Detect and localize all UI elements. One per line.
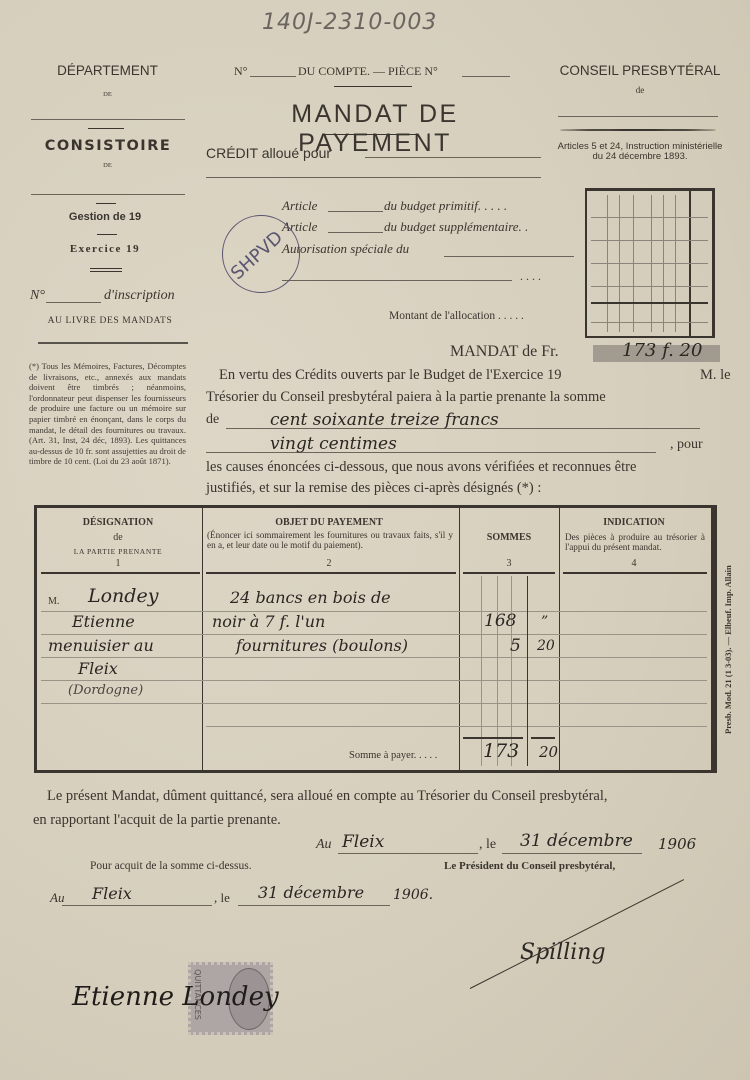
somme-2-cent: 20 <box>537 638 555 654</box>
col1-sub2: LA PARTIE PRENANTE <box>38 547 198 556</box>
payee-dept: (Dordogne) <box>68 683 143 698</box>
place-2: Fleix <box>92 884 132 903</box>
total-francs: 173 <box>483 740 519 762</box>
president-signature: Spilling <box>520 940 606 965</box>
compte-no-label: N° <box>234 64 247 79</box>
date-2: 31 décembre <box>258 883 364 902</box>
archive-reference: 140J-2310-003 <box>262 10 437 35</box>
divider <box>334 86 412 87</box>
somme-2-francs: 5 <box>510 636 521 656</box>
livre-label: AU LIVRE DES MANDATS <box>30 316 190 326</box>
amount-grid <box>585 188 715 338</box>
divider <box>88 128 124 129</box>
footnote: (*) Tous les Mémoires, Factures, Décompt… <box>29 361 186 467</box>
budget-supplementaire-label: du budget supplémentaire. . <box>384 219 528 235</box>
col1-title: DÉSIGNATION <box>38 517 198 528</box>
place-line-2 <box>62 905 212 906</box>
mandat-line-6: justifiés, et sur la remise des pièces c… <box>206 480 541 497</box>
mandat-label: MANDAT de Fr. <box>450 343 559 361</box>
divider <box>90 271 122 272</box>
compte-no-line <box>250 76 296 77</box>
col2-title: OBJET DU PAYEMENT <box>203 517 455 528</box>
departement-label: DÉPARTEMENT <box>30 63 185 78</box>
consistoire-de: DE <box>30 162 185 169</box>
autorisation-dots: . . . . <box>520 269 541 284</box>
mandat-line-1: En vertu des Crédits ouverts par le Budg… <box>219 367 561 384</box>
place-1: Fleix <box>342 832 384 852</box>
somme-1-francs: 168 <box>484 611 516 631</box>
article-line-1 <box>328 211 383 212</box>
mandat-amount: 173 f. 20 <box>622 340 702 361</box>
date-line-2 <box>238 905 390 906</box>
quittance-line-2: en rapportant l'acquit de la partie pren… <box>33 812 281 829</box>
objet-line-1: 24 bancs en bois de <box>230 588 391 607</box>
le-label-1: , le <box>479 837 496 853</box>
amount-words-2: vingt centimes <box>270 434 397 454</box>
date-line-1 <box>502 853 642 854</box>
mandat-line-2: Trésorier du Conseil presbytéral paiera … <box>206 389 606 406</box>
departement-line <box>31 119 185 120</box>
divider <box>96 203 116 204</box>
credit-label: CRÉDIT alloué pour <box>206 145 331 161</box>
divider <box>90 268 122 269</box>
year-1: 1906 <box>658 835 696 853</box>
col3-title: SOMMES <box>460 532 558 543</box>
president-label: Le Président du Conseil presbytéral, <box>444 860 615 872</box>
quittance-line-1: Le présent Mandat, dûment quittancé, ser… <box>47 788 608 805</box>
president-signature-flourish <box>470 879 684 989</box>
le-label-2: , le <box>214 890 230 906</box>
piece-no-line <box>462 76 510 77</box>
table-side-border <box>714 505 717 773</box>
objet-line-3: fournitures (boulons) <box>236 636 408 655</box>
exercice-label: Exercice 19 <box>40 243 170 255</box>
pour-label: , pour <box>670 437 703 453</box>
somme-1-cent: ” <box>541 614 548 630</box>
col2-num: 2 <box>203 558 455 569</box>
payee-name: Londey <box>88 585 158 607</box>
col4-num: 4 <box>562 558 706 569</box>
col3-num: 3 <box>460 558 558 569</box>
year-2: 1906. <box>393 887 433 903</box>
inscription-no-line <box>46 302 101 303</box>
ornament <box>38 342 188 344</box>
objet-line-2: noir à 7 f. l'un <box>212 612 325 631</box>
ornament <box>560 129 716 131</box>
autorisation-line <box>444 256 574 257</box>
conseil-de: de <box>555 85 725 95</box>
col4-title: INDICATION <box>562 517 706 528</box>
du-compte-label: DU COMPTE. — PIÈCE N° <box>298 64 438 79</box>
date-1: 31 décembre <box>520 831 633 851</box>
autorisation-line-2 <box>282 280 512 281</box>
col1-sub1: de <box>38 532 198 543</box>
gestion-label: Gestion de 19 <box>40 211 170 223</box>
payee-firstname: Etienne <box>72 612 135 631</box>
articles-note: Articles 5 et 24, Instruction ministérie… <box>555 142 725 162</box>
credit-line-2 <box>206 177 541 178</box>
amount-words-1: cent soixante treize francs <box>270 410 499 430</box>
col2-sub1: (Énoncer ici sommairement les fourniture… <box>207 530 453 550</box>
departement-de: DE <box>30 91 185 98</box>
conseil-label: CONSEIL PRESBYTÉRAL <box>555 63 725 78</box>
printer-imprint: Presb. Mod. 21 (1 3-03). — Elbeuf. Imp. … <box>723 544 733 734</box>
col1-num: 1 <box>38 558 198 569</box>
payee-occupation: menuisier au <box>48 636 154 655</box>
credit-line-1 <box>365 157 541 158</box>
inscription-no-label: N° <box>30 288 45 304</box>
montant-label: Montant de l'allocation . . . . . <box>389 310 524 322</box>
budget-primitif-label: du budget primitif. . . . . <box>384 198 507 214</box>
total-cent: 20 <box>539 743 558 761</box>
divider <box>322 134 417 135</box>
place-prefix-1: Au <box>316 837 332 853</box>
payee-signature: Etienne Londey <box>72 982 279 1012</box>
payee-prefix: M. <box>48 596 59 607</box>
conseil-line <box>558 116 718 117</box>
col4-sub1: Des pièces à produire au trésorier à l'a… <box>565 532 705 552</box>
consistoire-label: CONSISTOIRE <box>28 138 188 154</box>
de-label: de <box>206 412 219 428</box>
mandat-line-5: les causes énoncées ci-dessous, que nous… <box>206 459 636 476</box>
consistoire-line <box>31 194 185 195</box>
divider <box>97 234 117 235</box>
article-line-2 <box>328 232 383 233</box>
place-line-1 <box>338 853 478 854</box>
inscription-label: d'inscription <box>104 288 175 304</box>
mandat-line-1-end: M. le <box>700 367 731 384</box>
pour-acquit-label: Pour acquit de la somme ci-dessus. <box>90 860 252 872</box>
payee-town: Fleix <box>78 659 118 678</box>
article-label-1: Article <box>282 198 317 214</box>
total-label: Somme à payer. . . . . <box>349 750 437 761</box>
place-prefix-2: Au <box>50 890 64 906</box>
autorisation-label: Autorisation spéciale du <box>282 241 409 257</box>
